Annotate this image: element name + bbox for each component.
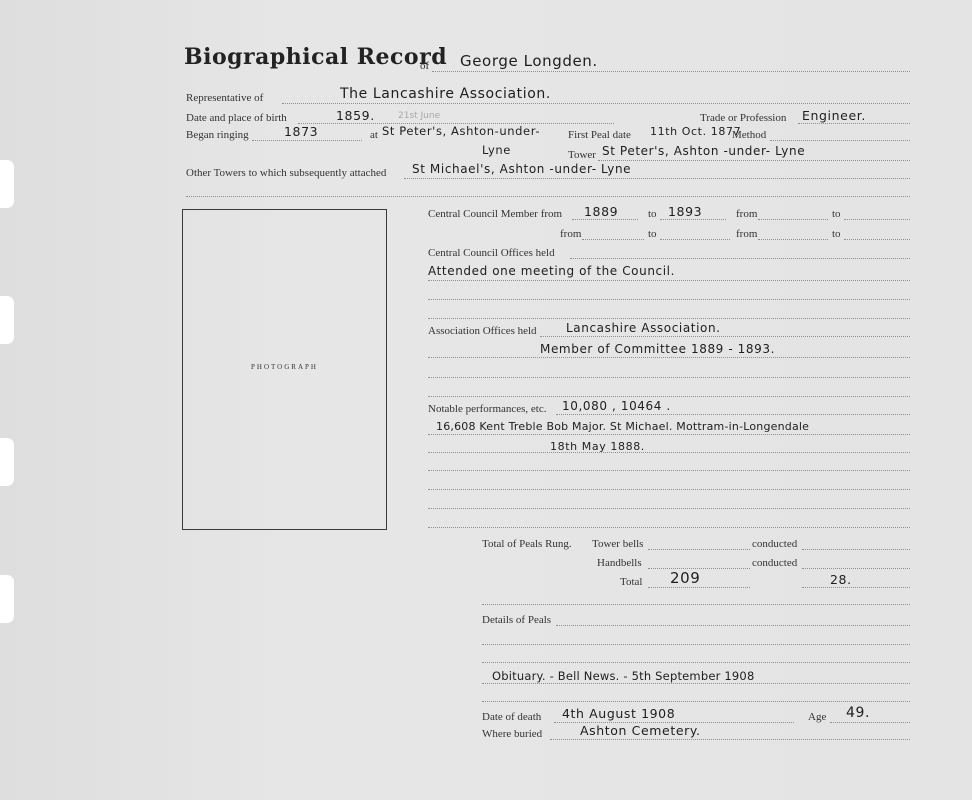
began-place-line2: Lyne xyxy=(482,143,511,157)
ruled-line xyxy=(428,434,910,435)
ruled-line xyxy=(428,527,910,528)
name-line xyxy=(432,71,910,72)
tower-bells-line xyxy=(648,549,750,550)
record-page: Biographical Record of George Longden. R… xyxy=(0,0,972,800)
performances-label: Notable performances, etc. xyxy=(428,403,547,415)
total-peals-label: Total of Peals Rung. xyxy=(482,538,572,550)
age-label: Age xyxy=(808,711,826,723)
birth-year: 1859. xyxy=(336,108,375,123)
council-offices-value: Attended one meeting of the Council. xyxy=(428,264,675,278)
association-line2: Member of Committee 1889 - 1893. xyxy=(540,342,775,356)
to-label: to xyxy=(832,208,841,220)
handbells-label: Handbells xyxy=(597,557,642,569)
from-label: from xyxy=(736,228,757,240)
ruled-line xyxy=(428,396,910,397)
binder-hole xyxy=(0,438,14,486)
member-from-line-4 xyxy=(758,239,828,240)
ruled-line xyxy=(482,662,910,663)
where-buried-label: Where buried xyxy=(482,728,542,740)
performances-line1: 10,080 , 10464 . xyxy=(562,399,671,413)
member-to-line-3 xyxy=(660,239,730,240)
date-of-death-value: 4th August 1908 xyxy=(562,706,675,721)
tower-value: St Peter's, Ashton -under- Lyne xyxy=(602,144,805,158)
ruled-line xyxy=(428,470,910,471)
of-label: of xyxy=(420,60,429,72)
other-towers-line xyxy=(404,178,910,179)
council-offices-label: Central Council Offices held xyxy=(428,247,555,259)
to-label: to xyxy=(648,208,657,220)
member-to-line-1 xyxy=(660,219,726,220)
ruled-line xyxy=(428,452,910,453)
at-label: at xyxy=(370,129,378,141)
tower-conducted-line xyxy=(802,549,910,550)
trade-value: Engineer. xyxy=(802,108,866,123)
ruled-line xyxy=(428,280,910,281)
separator-line xyxy=(186,196,910,197)
binder-hole xyxy=(0,296,14,344)
ruled-line xyxy=(482,644,910,645)
details-peals-label: Details of Peals xyxy=(482,614,551,626)
date-of-death-label: Date of death xyxy=(482,711,541,723)
ruled-line xyxy=(428,299,910,300)
photograph-box: PHOTOGRAPH xyxy=(182,209,387,530)
where-buried-value: Ashton Cemetery. xyxy=(580,723,701,738)
trade-line xyxy=(798,123,910,124)
ruled-line xyxy=(428,357,910,358)
association-offices-label: Association Offices held xyxy=(428,325,537,337)
representative-label: Representative of xyxy=(186,92,263,104)
member-to-line-2 xyxy=(844,219,910,220)
method-label: Method xyxy=(732,129,766,141)
birth-date-note: 21st June xyxy=(398,111,440,121)
birth-label: Date and place of birth xyxy=(186,112,287,124)
ruled-line xyxy=(540,336,910,337)
total-label: Total xyxy=(620,576,642,588)
ruled-line xyxy=(428,377,910,378)
binder-hole xyxy=(0,575,14,623)
obituary-note: Obituary. - Bell News. - 5th September 1… xyxy=(492,669,754,683)
to-label: to xyxy=(648,228,657,240)
council-member-label: Central Council Member from xyxy=(428,208,562,220)
first-peal-label: First Peal date xyxy=(568,129,631,141)
method-line xyxy=(770,140,910,141)
member-to-1: 1893 xyxy=(668,204,702,219)
where-buried-line xyxy=(550,739,910,740)
representative-value: The Lancashire Association. xyxy=(340,86,551,102)
member-from-line-3 xyxy=(582,239,644,240)
ruled-line xyxy=(428,508,910,509)
conducted-label: conducted xyxy=(752,557,797,569)
ruled-line xyxy=(482,701,910,702)
binder-hole xyxy=(0,160,14,208)
total-value: 209 xyxy=(670,569,700,587)
from-label: from xyxy=(560,228,581,240)
tower-bells-label: Tower bells xyxy=(592,538,643,550)
began-year: 1873 xyxy=(284,124,318,139)
conducted-total-line xyxy=(802,587,910,588)
ruled-line xyxy=(482,683,910,684)
subject-name: George Longden. xyxy=(460,52,598,70)
tower-label: Tower xyxy=(568,149,596,161)
performances-line2: 16,608 Kent Treble Bob Major. St Michael… xyxy=(436,420,809,433)
photograph-label: PHOTOGRAPH xyxy=(183,363,386,371)
began-place-line1: St Peter's, Ashton-under- xyxy=(382,124,540,138)
total-line xyxy=(648,587,750,588)
member-from-line-2 xyxy=(758,219,828,220)
member-from-1: 1889 xyxy=(584,204,618,219)
ruled-line xyxy=(428,318,910,319)
ruled-line xyxy=(428,489,910,490)
to-label: to xyxy=(832,228,841,240)
council-offices-line xyxy=(570,258,910,259)
trade-label: Trade or Profession xyxy=(700,112,786,124)
from-label: from xyxy=(736,208,757,220)
association-line1: Lancashire Association. xyxy=(566,321,721,335)
began-ringing-label: Began ringing xyxy=(186,129,249,141)
other-towers-label: Other Towers to which subsequently attac… xyxy=(186,167,386,179)
ruled-line xyxy=(482,604,910,605)
ruled-line xyxy=(556,414,910,415)
first-peal-value: 11th Oct. 1877 xyxy=(650,125,741,138)
hand-conducted-line xyxy=(802,568,910,569)
tower-line xyxy=(598,160,910,161)
page-title: Biographical Record xyxy=(184,44,447,70)
member-from-line-1 xyxy=(572,219,638,220)
member-to-line-4 xyxy=(844,239,910,240)
conducted-total: 28. xyxy=(830,572,852,587)
age-value: 49. xyxy=(846,705,870,721)
began-year-line xyxy=(252,140,362,141)
other-towers-value: St Michael's, Ashton -under- Lyne xyxy=(412,162,631,176)
representative-line xyxy=(282,103,910,104)
ruled-line xyxy=(556,625,910,626)
conducted-label: conducted xyxy=(752,538,797,550)
age-line xyxy=(830,722,910,723)
